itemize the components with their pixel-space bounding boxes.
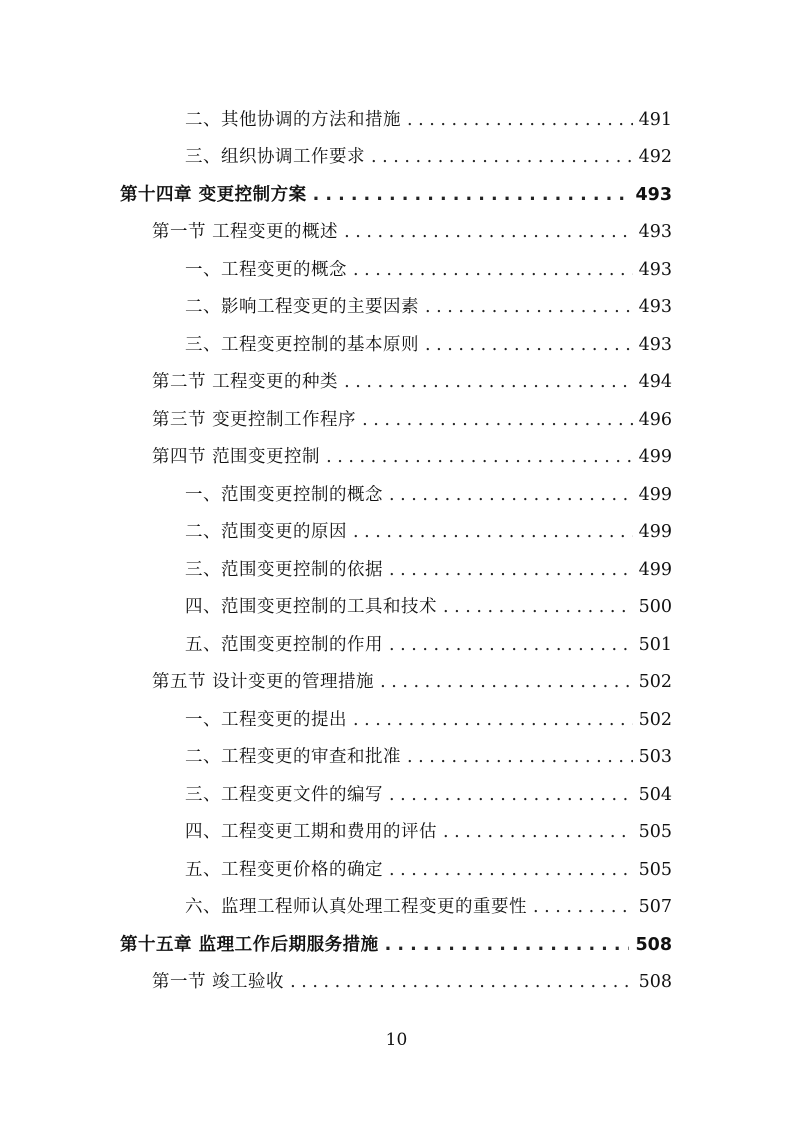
dot-leader — [407, 105, 633, 135]
dot-leader — [290, 967, 633, 997]
toc-entry[interactable]: 四、工程变更工期和费用的评估505 — [185, 817, 672, 847]
dot-leader — [389, 555, 633, 585]
toc-chapter-entry[interactable]: 第十五章 监理工作后期服务措施508 — [120, 930, 672, 960]
toc-entry-label: 三、工程变更文件的编写 — [185, 780, 383, 810]
toc-entry-page: 494 — [639, 367, 672, 397]
toc-entry-page: 504 — [639, 780, 672, 810]
toc-entry-label: 第三节 变更控制工作程序 — [152, 405, 356, 435]
toc-entry-label: 四、工程变更工期和费用的评估 — [185, 817, 437, 847]
toc-entry-page: 507 — [639, 892, 672, 922]
toc-entry-label: 第十四章 变更控制方案 — [120, 180, 307, 210]
toc-entry-label: 三、工程变更控制的基本原则 — [185, 330, 419, 360]
toc-entry-page: 500 — [639, 592, 672, 622]
dot-leader — [389, 630, 633, 660]
toc-section-entry[interactable]: 第一节 竣工验收508 — [152, 967, 672, 997]
toc-entry[interactable]: 一、工程变更的概念493 — [185, 255, 672, 285]
toc-entry-label: 四、范围变更控制的工具和技术 — [185, 592, 437, 622]
toc-entry-label: 第一节 工程变更的概述 — [152, 217, 338, 247]
toc-entry-page: 496 — [639, 405, 672, 435]
toc-entry-page: 492 — [639, 142, 672, 172]
toc-entry[interactable]: 三、组织协调工作要求492 — [185, 142, 672, 172]
toc-entry-page: 502 — [639, 667, 672, 697]
toc-entry-page: 493 — [639, 255, 672, 285]
toc-section-entry[interactable]: 第四节 范围变更控制499 — [152, 442, 672, 472]
dot-leader — [533, 892, 633, 922]
toc-entry[interactable]: 三、工程变更文件的编写504 — [185, 780, 672, 810]
dot-leader — [353, 255, 633, 285]
toc-entry-label: 五、工程变更价格的确定 — [185, 855, 383, 885]
dot-leader — [344, 217, 633, 247]
toc-entry[interactable]: 二、范围变更的原因499 — [185, 517, 672, 547]
toc-entry[interactable]: 四、范围变更控制的工具和技术500 — [185, 592, 672, 622]
toc-entry-label: 二、工程变更的审查和批准 — [185, 742, 401, 772]
toc-entry-page: 505 — [639, 817, 672, 847]
dot-leader — [353, 705, 633, 735]
toc-entry-page: 493 — [639, 292, 672, 322]
dot-leader — [389, 780, 633, 810]
toc-entry-label: 二、其他协调的方法和措施 — [185, 105, 401, 135]
dot-leader — [326, 442, 633, 472]
dot-leader — [362, 405, 633, 435]
dot-leader — [407, 742, 633, 772]
toc-entry-label: 二、范围变更的原因 — [185, 517, 347, 547]
toc-entry[interactable]: 二、工程变更的审查和批准503 — [185, 742, 672, 772]
toc-section-entry[interactable]: 第五节 设计变更的管理措施502 — [152, 667, 672, 697]
toc-entry[interactable]: 二、其他协调的方法和措施491 — [185, 105, 672, 135]
toc-entry-label: 第十五章 监理工作后期服务措施 — [120, 930, 379, 960]
dot-leader — [443, 817, 633, 847]
toc-entry-label: 一、范围变更控制的概念 — [185, 480, 383, 510]
toc-entry-label: 三、范围变更控制的依据 — [185, 555, 383, 585]
toc-entry-page: 493 — [639, 217, 672, 247]
toc-entry-page: 493 — [639, 330, 672, 360]
dot-leader — [344, 367, 633, 397]
toc-section-entry[interactable]: 第二节 工程变更的种类494 — [152, 367, 672, 397]
toc-entry[interactable]: 六、监理工程师认真处理工程变更的重要性507 — [185, 892, 672, 922]
toc-entry-page: 502 — [639, 705, 672, 735]
toc-entry-label: 一、工程变更的概念 — [185, 255, 347, 285]
dot-leader — [353, 517, 633, 547]
toc-entry[interactable]: 一、工程变更的提出502 — [185, 705, 672, 735]
dot-leader — [385, 930, 630, 960]
toc-entry[interactable]: 五、范围变更控制的作用501 — [185, 630, 672, 660]
toc-entry-page: 503 — [639, 742, 672, 772]
toc-entry-page: 499 — [639, 480, 672, 510]
toc-entry-page: 499 — [639, 517, 672, 547]
dot-leader — [389, 855, 633, 885]
toc-entry-page: 499 — [639, 442, 672, 472]
toc-entry-label: 第四节 范围变更控制 — [152, 442, 320, 472]
dot-leader — [371, 142, 633, 172]
toc-entry[interactable]: 二、影响工程变更的主要因素493 — [185, 292, 672, 322]
toc-section-entry[interactable]: 第三节 变更控制工作程序496 — [152, 405, 672, 435]
toc-entry-page: 508 — [639, 967, 672, 997]
toc-entry[interactable]: 一、范围变更控制的概念499 — [185, 480, 672, 510]
dot-leader — [380, 667, 633, 697]
toc-entry-label: 六、监理工程师认真处理工程变更的重要性 — [185, 892, 527, 922]
toc-entry-page: 505 — [639, 855, 672, 885]
toc-entry-page: 493 — [635, 180, 672, 210]
toc-entry[interactable]: 五、工程变更价格的确定505 — [185, 855, 672, 885]
dot-leader — [443, 592, 633, 622]
dot-leader — [425, 292, 633, 322]
toc-entry[interactable]: 三、工程变更控制的基本原则493 — [185, 330, 672, 360]
page-number: 10 — [0, 1030, 793, 1050]
toc-entry-label: 第一节 竣工验收 — [152, 967, 284, 997]
toc-entry-page: 499 — [639, 555, 672, 585]
dot-leader — [425, 330, 633, 360]
toc-entry-label: 第二节 工程变更的种类 — [152, 367, 338, 397]
toc-entry-label: 一、工程变更的提出 — [185, 705, 347, 735]
toc-entry-label: 第五节 设计变更的管理措施 — [152, 667, 374, 697]
dot-leader — [389, 480, 633, 510]
dot-leader — [313, 180, 630, 210]
toc-entry[interactable]: 三、范围变更控制的依据499 — [185, 555, 672, 585]
toc-entry-label: 五、范围变更控制的作用 — [185, 630, 383, 660]
toc-entry-page: 508 — [635, 930, 672, 960]
toc-entry-label: 三、组织协调工作要求 — [185, 142, 365, 172]
toc-chapter-entry[interactable]: 第十四章 变更控制方案493 — [120, 180, 672, 210]
toc-entry-page: 491 — [639, 105, 672, 135]
toc-entry-label: 二、影响工程变更的主要因素 — [185, 292, 419, 322]
toc-entry-page: 501 — [639, 630, 672, 660]
toc-section-entry[interactable]: 第一节 工程变更的概述493 — [152, 217, 672, 247]
